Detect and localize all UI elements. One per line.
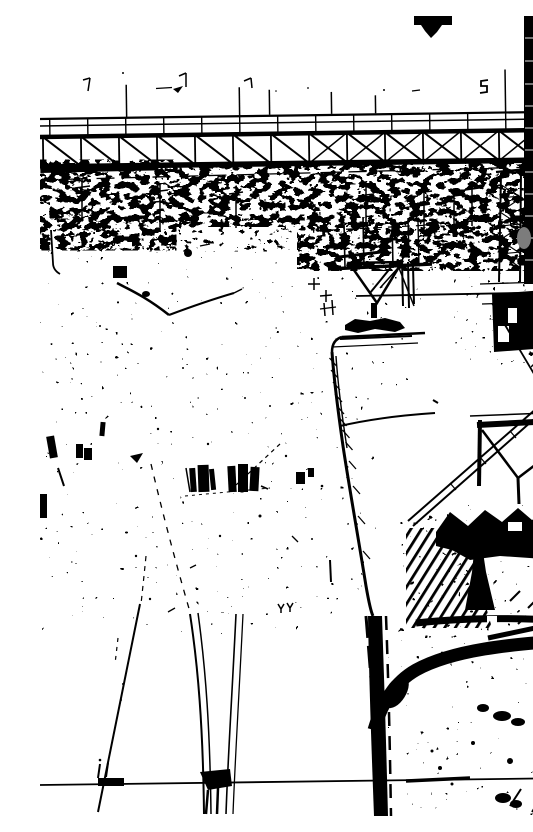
scene-canvas: Railway yard — thresholded monochrome ph…	[40, 16, 533, 816]
photo-railway-yard: Railway yard — thresholded monochrome ph…	[40, 16, 533, 816]
gray-smudge	[517, 227, 531, 249]
